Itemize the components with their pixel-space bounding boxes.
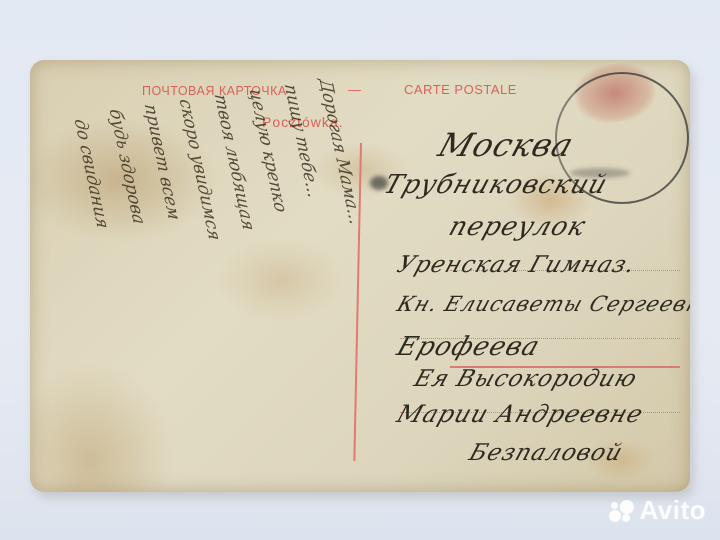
address-line: Москва bbox=[434, 126, 579, 164]
address-line: Кн. Елисаветы Сергеевны bbox=[394, 292, 690, 316]
header-dash: — bbox=[348, 82, 362, 97]
avito-watermark: Avito bbox=[609, 495, 706, 526]
avito-wordmark: Avito bbox=[639, 495, 706, 526]
address-line: Ея Высокородию bbox=[411, 366, 641, 392]
message-column: Дорогая Мама... bbox=[314, 79, 366, 225]
avito-logo-icon bbox=[609, 500, 635, 522]
message-column: привет всем bbox=[139, 104, 184, 220]
address-line: Ерофеева bbox=[393, 332, 544, 362]
address-line: Уренская Гимназ. bbox=[394, 252, 639, 278]
message-column: до свидания bbox=[69, 119, 113, 229]
address-line: Безпаловой bbox=[466, 440, 627, 466]
postcard: ПОЧТОВАЯ КАРТОЧКА — CARTE POSTALE Pocztó… bbox=[30, 60, 690, 492]
address-line: Трубниковский bbox=[380, 170, 611, 200]
address-line: переулок bbox=[445, 212, 590, 242]
address-line: Марии Андреевне bbox=[393, 400, 647, 428]
message-column: будь здорова bbox=[104, 109, 149, 225]
message-column: пишу тебе... bbox=[279, 84, 324, 199]
header-french: CARTE POSTALE bbox=[404, 82, 517, 97]
